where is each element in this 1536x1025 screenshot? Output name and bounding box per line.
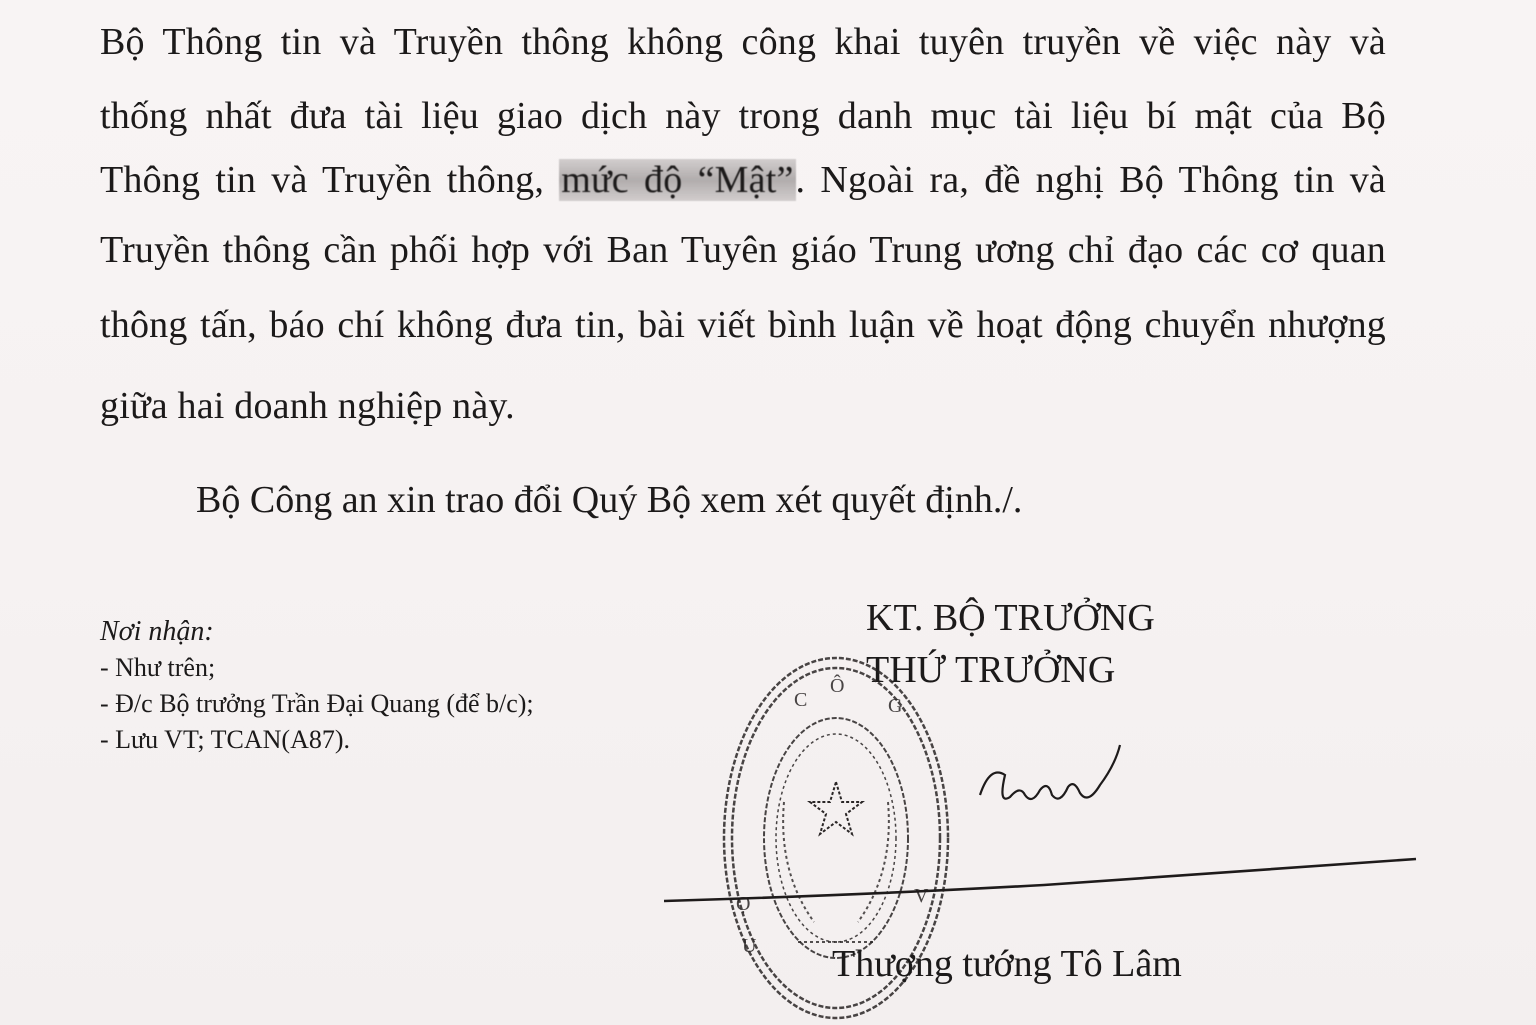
document-page: Bộ Thông tin và Truyền thông không công … [0, 0, 1536, 1025]
handwritten-signature [970, 735, 1130, 825]
signature-stroke-line [664, 845, 1424, 915]
redacted-classification: mức độ “Mật” [559, 159, 795, 201]
body-line-5: thông tấn, báo chí không đưa tin, bài vi… [100, 303, 1386, 347]
body-line-3: Thông tin và Truyền thông, mức độ “Mật”.… [100, 158, 1386, 202]
body-line-3-start: Thông tin và Truyền thông, [100, 159, 559, 201]
recipient-item: - Đ/c Bộ trưởng Trần Đại Quang (để b/c); [100, 686, 534, 722]
recipient-item: - Như trên; [100, 650, 534, 686]
svg-text:G: G [888, 695, 902, 717]
svg-text:Ọ: Ọ [736, 893, 750, 915]
body-line-2: thống nhất đưa tài liệu giao dịch này tr… [100, 94, 1386, 138]
signer-name: Thượng tướng Tô Lâm [832, 942, 1182, 986]
body-line-6: giữa hai doanh nghiệp này. [100, 384, 515, 428]
svg-text:Ô: Ô [830, 673, 844, 697]
recipient-item: - Lưu VT; TCAN(A87). [100, 722, 534, 758]
svg-text:V: V [914, 885, 929, 907]
body-line-3-end: . Ngoài ra, đề nghị Bộ Thông tin và [796, 159, 1386, 201]
signature-title-line2: THỨ TRƯỞNG [866, 648, 1115, 692]
recipients-label: Nơi nhận: [100, 614, 534, 650]
svg-text:U: U [742, 935, 757, 957]
svg-text:C: C [794, 689, 807, 711]
recipients-list: Nơi nhận: - Như trên; - Đ/c Bộ trưởng Tr… [100, 614, 534, 758]
body-line-1: Bộ Thông tin và Truyền thông không công … [100, 20, 1386, 64]
body-line-4: Truyền thông cần phối hợp với Ban Tuyên … [100, 228, 1386, 272]
signature-title-line1: KT. BỘ TRƯỞNG [866, 596, 1155, 640]
closing-sentence: Bộ Công an xin trao đổi Quý Bộ xem xét q… [196, 478, 1022, 522]
